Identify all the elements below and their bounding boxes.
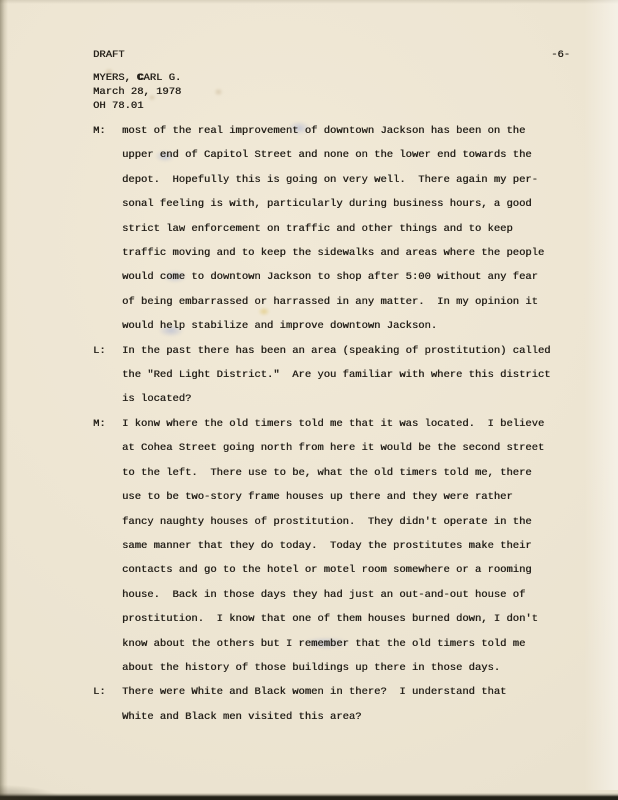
transcript-turn: M: most of the real improvement of downt… — [93, 119, 570, 339]
scan-edge-left — [0, 0, 8, 800]
transcript-turn: L: In the past there has been an area (s… — [93, 339, 570, 412]
page-number: -6- — [551, 48, 570, 62]
oral-history-number: OH 78.01 — [93, 99, 570, 113]
speaker-label: M: — [93, 412, 122, 436]
scan-edge-bottom — [0, 793, 618, 800]
transcript-turn: L: There were White and Black women in t… — [93, 680, 570, 729]
document-content: DRAFT -6- MYERS, CARL G. March 28, 1978 … — [93, 48, 570, 729]
scan-edge-top — [0, 0, 618, 4]
speaker-label: L: — [93, 680, 122, 704]
name-part: ARL G. — [143, 72, 181, 84]
interview-date: March 28, 1978 — [93, 85, 570, 99]
draft-label: DRAFT — [93, 48, 125, 62]
turn-text: most of the real improvement of downtown… — [122, 119, 570, 339]
interviewee-name: MYERS, CARL G. — [93, 71, 570, 85]
scan-edge-right — [584, 0, 618, 790]
turn-text: In the past there has been an area (spea… — [122, 339, 570, 412]
turn-text: I konw where the old timers told me that… — [122, 412, 570, 680]
speaker-label: M: — [93, 119, 122, 143]
turn-text: There were White and Black women in ther… — [122, 680, 570, 729]
name-part: MYERS, — [93, 72, 137, 84]
scanned-document-page: DRAFT -6- MYERS, CARL G. March 28, 1978 … — [0, 0, 618, 800]
transcript: M: most of the real improvement of downt… — [93, 119, 570, 729]
document-header: DRAFT -6- — [93, 48, 570, 62]
interview-meta: MYERS, CARL G. March 28, 1978 OH 78.01 — [93, 71, 570, 113]
speaker-label: L: — [93, 339, 122, 363]
transcript-turn: M: I konw where the old timers told me t… — [93, 412, 570, 680]
scan-corner-shadow — [0, 778, 90, 800]
